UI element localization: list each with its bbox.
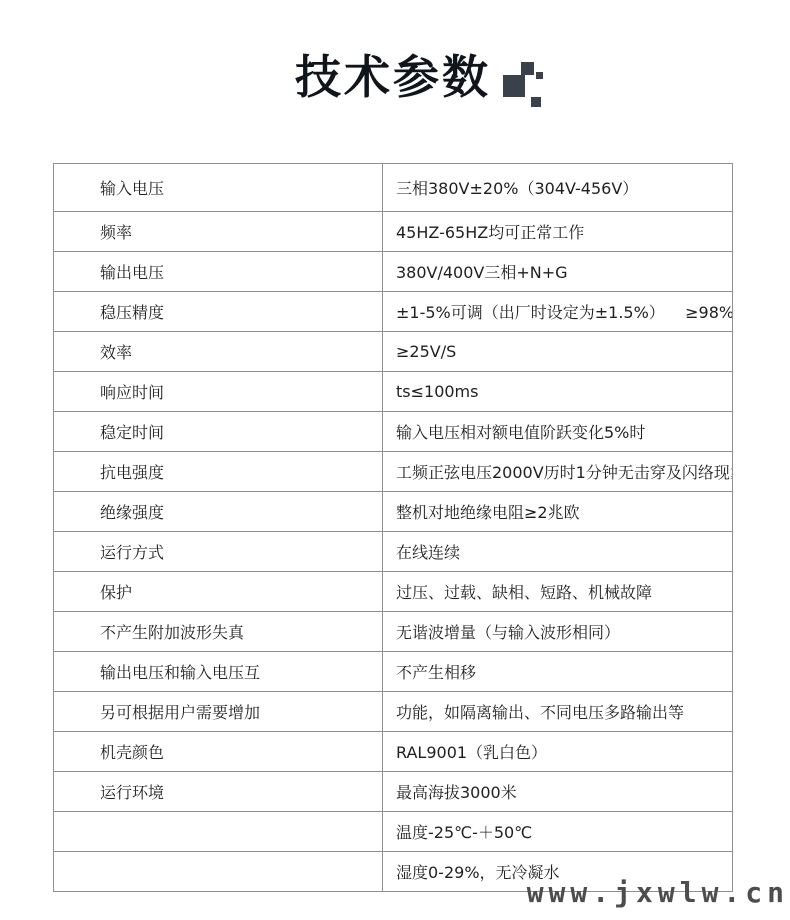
spec-label [54,852,383,892]
spec-value: 工频正弦电压2000V历时1分钟无击穿及闪络现象 [383,452,733,492]
spec-label: 输出电压和输入电压互 [54,652,383,692]
pixel-squares-decoration [503,62,547,110]
deco-square-dot [536,72,543,79]
spec-label: 输出电压 [54,252,383,292]
spec-value: 最高海拔3000米 [383,772,733,812]
spec-value: 不产生相移 [383,652,733,692]
page: 技术参数 输入电压三相380V±20%（304V-456V）频率45HZ-65H… [0,0,790,920]
table-row: 绝缘强度整机对地绝缘电阻≥2兆欧 [54,492,733,532]
spec-label: 频率 [54,212,383,252]
table-row: 输出电压和输入电压互不产生相移 [54,652,733,692]
spec-value: 380V/400V三相+N+G [383,252,733,292]
table-row: 响应时间ts≤100ms [54,372,733,412]
spec-label: 稳压精度 [54,292,383,332]
spec-label: 输入电压 [54,164,383,212]
spec-value: ts≤100ms [383,372,733,412]
spec-label: 另可根据用户需要增加 [54,692,383,732]
spec-label: 机壳颜色 [54,732,383,772]
spec-value: 输入电压相对额电值阶跃变化5%时 [383,412,733,452]
spec-value: 过压、过载、缺相、短路、机械故障 [383,572,733,612]
table-row: 输入电压三相380V±20%（304V-456V） [54,164,733,212]
deco-square-top [521,62,534,75]
deco-square-large [503,75,525,97]
spec-value: 在线连续 [383,532,733,572]
spec-value: 三相380V±20%（304V-456V） [383,164,733,212]
spec-label: 稳定时间 [54,412,383,452]
spec-label: 响应时间 [54,372,383,412]
spec-value: ≥25V/S [383,332,733,372]
table-row: 稳定时间输入电压相对额电值阶跃变化5%时 [54,412,733,452]
spec-label: 效率 [54,332,383,372]
table-row: 稳压精度±1-5%可调（出厂时设定为±1.5%） ≥98% [54,292,733,332]
table-row: 不产生附加波形失真无谐波增量（与输入波形相同） [54,612,733,652]
spec-label: 运行方式 [54,532,383,572]
spec-label: 保护 [54,572,383,612]
spec-table: 输入电压三相380V±20%（304V-456V）频率45HZ-65HZ均可正常… [53,163,733,892]
spec-label: 不产生附加波形失真 [54,612,383,652]
table-row: 机壳颜色RAL9001（乳白色） [54,732,733,772]
watermark: www.jxwlw.cn [527,876,789,909]
table-row: 保护过压、过载、缺相、短路、机械故障 [54,572,733,612]
spec-label: 绝缘强度 [54,492,383,532]
table-row: 另可根据用户需要增加功能，如隔离输出、不同电压多路输出等 [54,692,733,732]
spec-value: 功能，如隔离输出、不同电压多路输出等 [383,692,733,732]
page-title: 技术参数 [295,54,491,100]
table-row: 运行方式在线连续 [54,532,733,572]
table-row: 频率45HZ-65HZ均可正常工作 [54,212,733,252]
table-row: 输出电压380V/400V三相+N+G [54,252,733,292]
spec-label [54,812,383,852]
spec-value: 温度-25℃-＋50℃ [383,812,733,852]
table-row: 运行环境最高海拔3000米 [54,772,733,812]
spec-value: ±1-5%可调（出厂时设定为±1.5%） ≥98% [383,292,733,332]
spec-value: 整机对地绝缘电阻≥2兆欧 [383,492,733,532]
spec-value: 无谐波增量（与输入波形相同） [383,612,733,652]
spec-label: 运行环境 [54,772,383,812]
spec-value: RAL9001（乳白色） [383,732,733,772]
spec-value: 45HZ-65HZ均可正常工作 [383,212,733,252]
spec-label: 抗电强度 [54,452,383,492]
table-row: 效率≥25V/S [54,332,733,372]
title-block: 技术参数 [26,54,790,110]
table-row: 温度-25℃-＋50℃ [54,812,733,852]
table-row: 抗电强度工频正弦电压2000V历时1分钟无击穿及闪络现象 [54,452,733,492]
spec-table-body: 输入电压三相380V±20%（304V-456V）频率45HZ-65HZ均可正常… [54,164,733,892]
deco-square-bottom [531,97,541,107]
